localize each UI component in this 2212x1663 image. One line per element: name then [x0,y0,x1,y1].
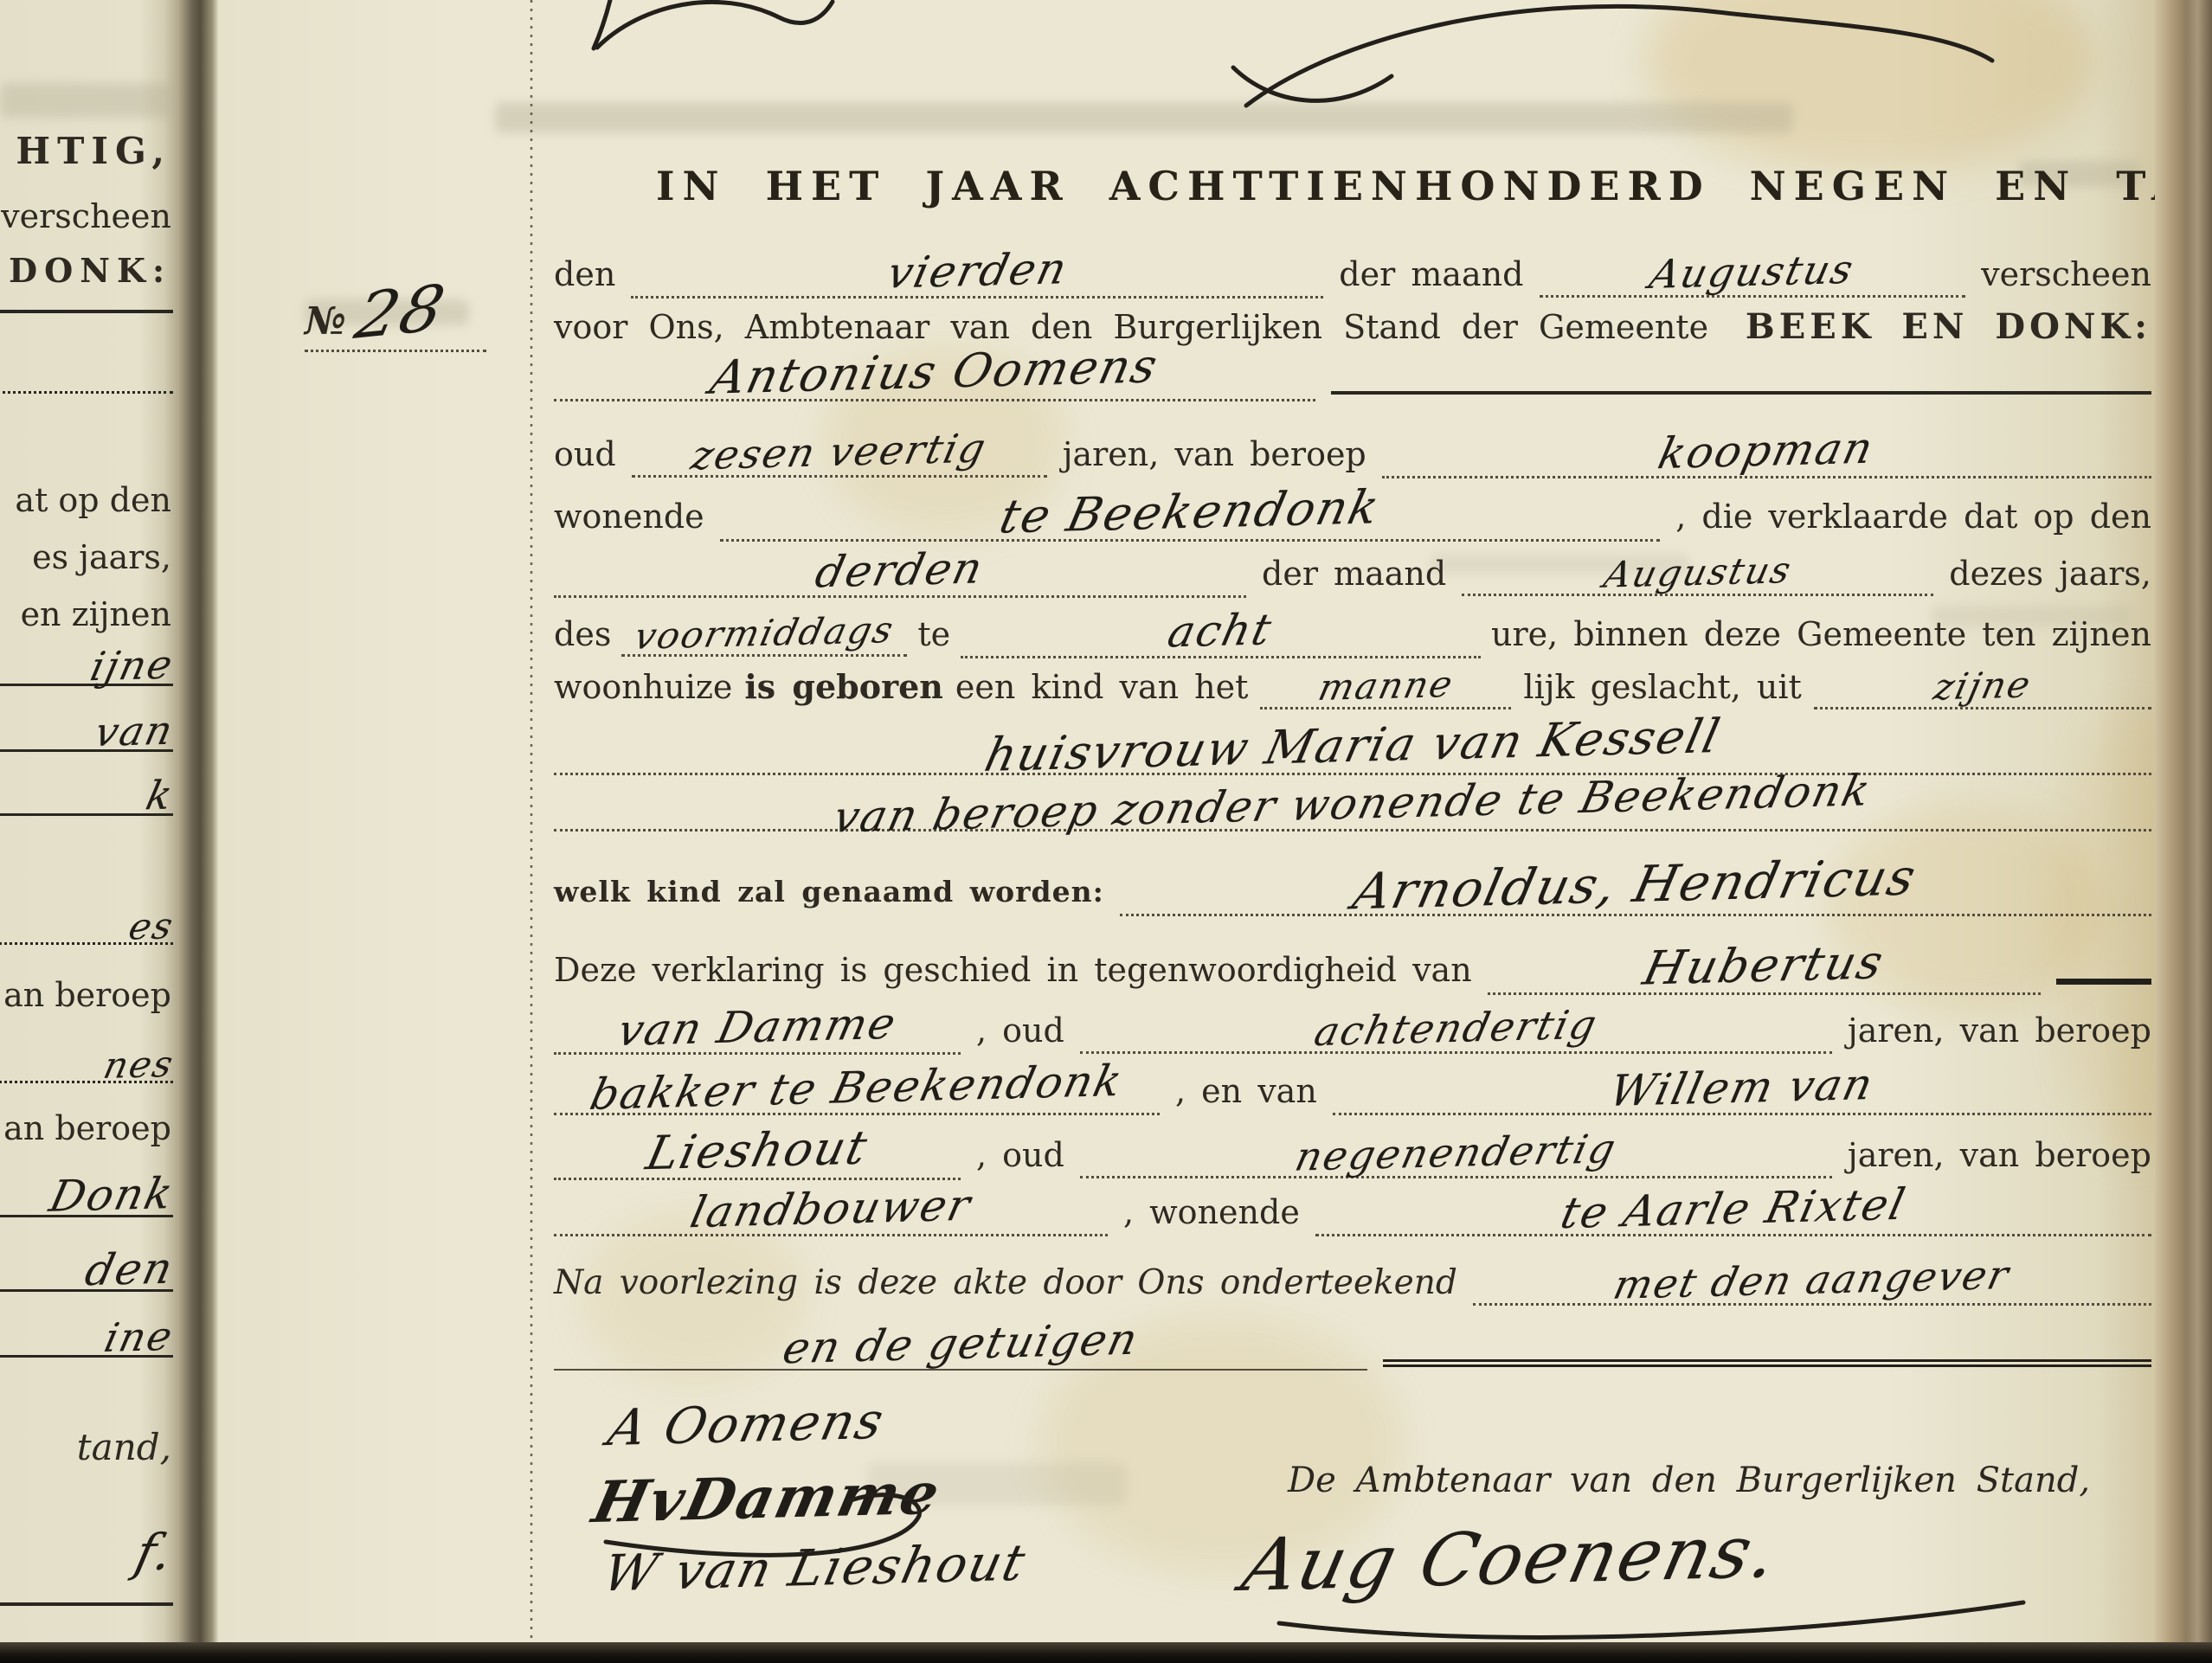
printed-text: woonhuize [554,668,732,706]
printed-text: den [554,255,615,293]
fill-age: zesen veertig [632,428,1047,478]
left-hand-fragment: ijne [0,642,173,686]
line-time: des voormiddags te acht ure, binnen deze… [554,606,2151,658]
fill-birth-day: derden [554,545,1246,598]
fill-closing2: en de getuigen [554,1319,1367,1371]
left-hand-fragment: f. [17,1523,173,1576]
fill-closing: met den aangever [1473,1256,2151,1306]
scanned-birth-certificate: HTIG, verscheen N DONK: at op den es jaa… [0,0,2212,1663]
left-hand-fragment: ine [0,1313,173,1358]
printed-text: jaren, van beroep [1063,435,1366,473]
fill-day: vierden [631,246,1323,299]
numero-symbol: № [305,299,346,344]
printed-text: oud [554,435,616,473]
left-hand-fragment: nes [0,1043,173,1083]
left-rule [0,1602,173,1606]
printed-text: jaren, van beroep [1848,1136,2151,1174]
left-fragment: tand, [77,1426,171,1468]
left-hand-fragment: van [0,708,173,752]
printed-text: welk kind zal genaamd worden: [554,875,1104,909]
fill-birth-month: Augustus [1462,551,1933,596]
showthrough-smudge [0,83,173,118]
printed-text: , oud [976,1136,1064,1174]
fill-hour: acht [961,606,1481,658]
left-fragment: es jaars, [32,538,171,576]
fill-witness1-age: achtendertig [1080,1005,1832,1054]
fill-residence: te Beekendonk [720,485,1661,542]
fill-witness2-residence: te Aarle Rixtel [1315,1184,2151,1236]
fill-child-name: Arnoldus, Hendricus [1120,855,2151,916]
rule [1383,1359,2151,1367]
left-fragment: HTIG, [16,130,171,172]
line-declarant: Antonius Oomens [554,344,2151,401]
printed-text: wonende [554,498,704,536]
printed-text: , en van [1175,1072,1317,1110]
act-number: № 28 [305,275,443,350]
printed-text: , wonende [1123,1193,1300,1231]
municipality-name: BEEK EN DONK: [1746,306,2151,347]
line-child-name: welk kind zal genaamd worden: Arnoldus, … [554,855,2151,916]
printed-text: jaren, van beroep [1848,1011,2151,1050]
printed-text: , die verklaarde dat op den [1675,498,2151,536]
fill-mother-name: huisvrouw Maria van Kessell [554,718,2151,775]
signature-declarant: A Oomens [610,1395,883,1454]
fill-witness1-last: van Damme [554,1002,961,1055]
line-witness2-residence: landbouwer , wonende te Aarle Rixtel [554,1184,2151,1236]
photo-bottom-edge [0,1642,2212,1663]
left-fragment: en zijnen [21,595,171,633]
fill-witness2-prof: landbouwer [554,1184,1108,1236]
printed-text: des [554,615,611,653]
printed-text: der maand [1339,255,1523,293]
fill-relation: zijne [1814,665,2151,710]
printed-text: verscheen [1981,255,2151,293]
book-page-edges [2155,0,2212,1663]
left-rule [0,310,173,313]
signature-witness1: HvDamme [595,1464,938,1531]
printed-text: een kind van het [955,668,1249,706]
left-hand-fragment: den [0,1244,173,1292]
line-mother-name: huisvrouw Maria van Kessell [554,718,2151,775]
printed-text: dezes jaars, [1949,555,2151,593]
line-witness-intro: Deze verklaring is geschied in tegenwoor… [554,938,2151,995]
printed-text: ure, binnen deze Gemeente ten zijnen [1491,615,2151,653]
left-rule [0,391,173,394]
line-age-profession: oud zesen veertig jaren, van beroep koop… [554,426,2151,478]
officer-title: De Ambtenaar van den Burgerlijken Stand, [1288,1461,2090,1500]
line-birthdate: derden der maand Augustus dezes jaars, [554,545,2151,598]
fill-gender: manne [1260,665,1511,710]
signature-witness2: W van Lieshout [606,1538,1024,1597]
fill-witness2-last: Lieshout [554,1123,961,1180]
rule [1331,391,2151,395]
left-page-edge: HTIG, verscheen N DONK: at op den es jaa… [0,0,178,1663]
fill-month: Augustus [1540,248,1966,298]
act-number-value: 28 [349,271,453,354]
line-mother-profession: van beroep zonder wonende te Beekendonk [554,779,2151,831]
line-residence: wonende te Beekendonk , die verklaarde d… [554,485,2151,542]
line-official: voor Ons, Ambtenaar van den Burgerlijken… [554,306,2151,347]
showthrough-smudge [495,102,1793,133]
act-heading: IN HET JAAR ACHTTIENHONDERD NEGEN EN TAC… [656,163,2212,209]
signature-officer: Aug Coenens. [1246,1516,1776,1601]
fill-witness2-first: Willem van [1333,1063,2151,1115]
book-gutter [178,0,218,1663]
left-hand-fragment: es [0,905,173,945]
printed-text: , oud [976,1011,1064,1050]
printed-text: lijk geslacht, uit [1523,668,1801,706]
fill-declarant-name: Antonius Oomens [554,344,1315,401]
printed-text: is geboren [744,667,943,706]
line-closing: Na voorlezing is deze akte door Ons onde… [554,1256,2151,1306]
rule [2056,979,2151,985]
line-date: den vierden der maand Augustus verscheen [554,246,2151,299]
fill-mother-profession: van beroep zonder wonende te Beekendonk [554,779,2151,831]
left-hand-fragment: Donk [0,1170,173,1217]
line-witness2: Lieshout , oud negenendertig jaren, van … [554,1123,2151,1180]
paper-stain [1646,0,2096,173]
fill-witness2-age: negenendertig [1080,1129,1832,1178]
left-fragment: at op den [15,481,171,519]
fill-daypart: voormiddags [621,612,907,657]
printed-text: te [917,615,950,653]
left-fragment: N DONK: [0,251,171,290]
left-fragment: an beroep [3,976,171,1014]
printed-text: der maand [1262,555,1446,593]
left-fragment: an beroep [3,1109,171,1147]
line-witness2-intro: bakker te Beekendonk , en van Willem van [554,1063,2151,1115]
left-hand-fragment: k [0,772,173,816]
left-fragment: verscheen [1,197,171,235]
printed-text: Na voorlezing is deze akte door Ons onde… [554,1263,1457,1302]
printed-text: Deze verklaring is geschied in tegenwoor… [554,951,1472,989]
line-closing2: en de getuigen [554,1319,2151,1371]
fill-witness1-first: Hubertus [1488,938,2041,995]
line-birth: woonhuize is geboren een kind van het ma… [554,665,2151,710]
fill-profession: koopman [1382,426,2151,478]
line-witness1: van Damme , oud achtendertig jaren, van … [554,1002,2151,1055]
act-number-dots [305,350,486,352]
fill-witness1-prof: bakker te Beekendonk [554,1063,1160,1115]
